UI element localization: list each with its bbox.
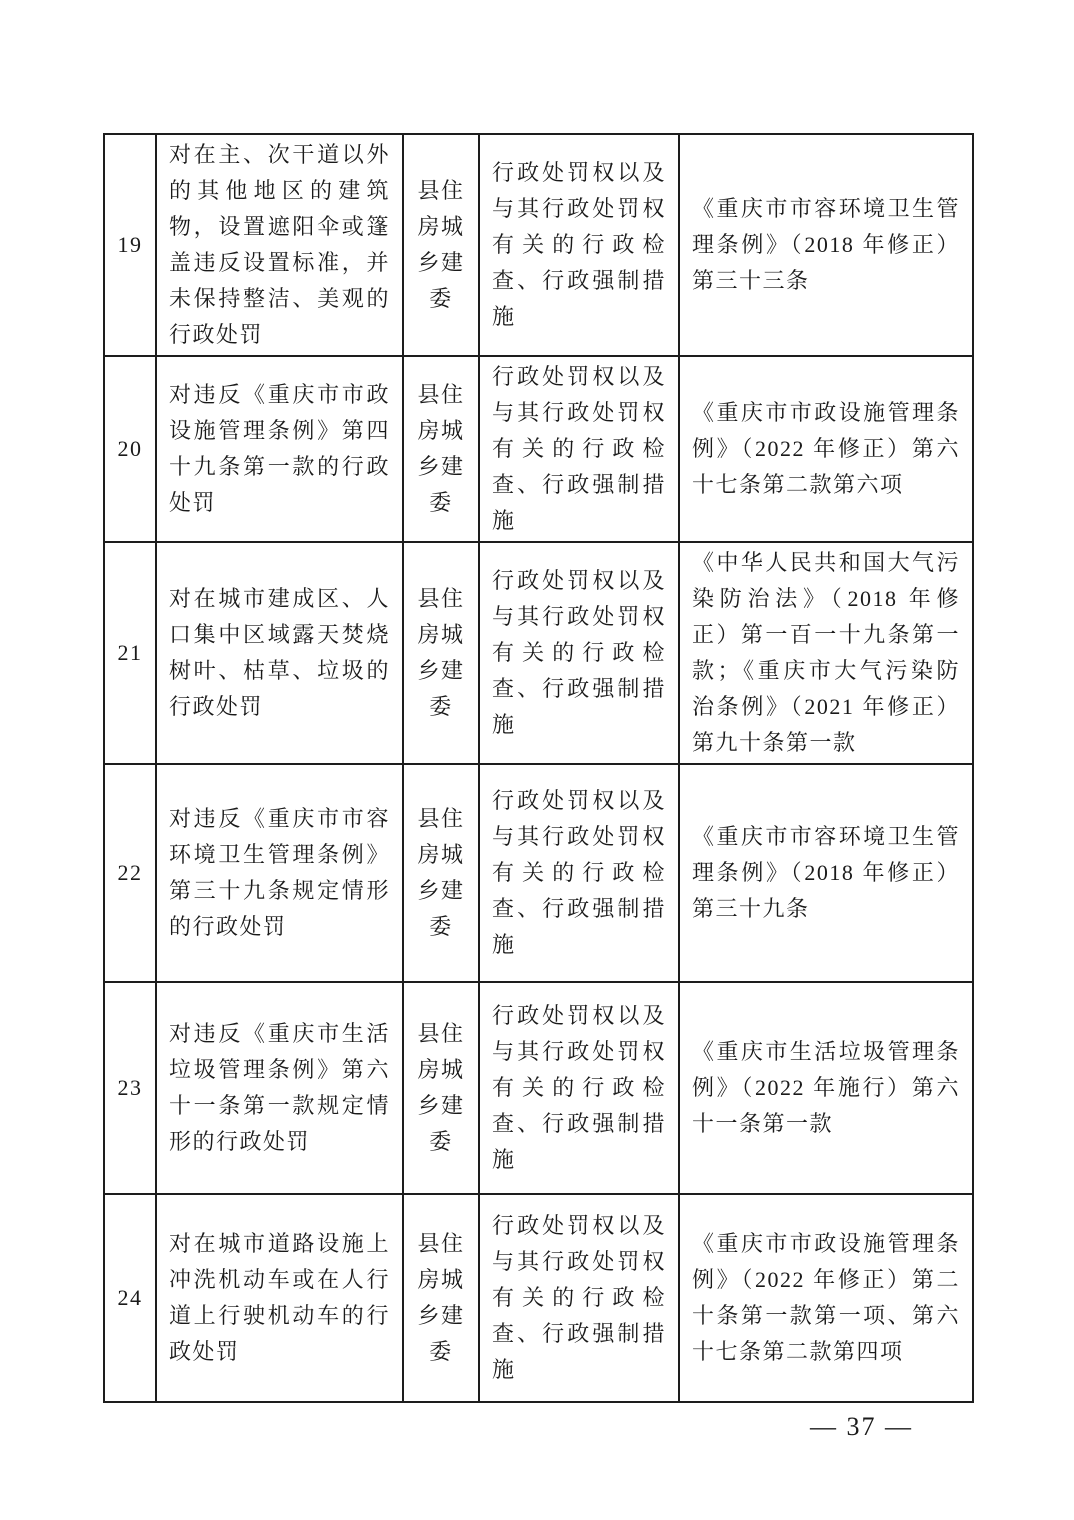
powers-cell: 行政处罚权以及与其行政处罚权有关的行政检查、行政强制措施 <box>479 542 679 764</box>
department-cell: 县住房城乡建委 <box>403 134 479 356</box>
table-row: 19 对在主、次干道以外的其他地区的建筑物，设置遮阳伞或篷盖违反设置标准，并未保… <box>104 134 973 356</box>
table-row: 23 对违反《重庆市生活垃圾管理条例》第六十一条第一款规定情形的行政处罚 县住房… <box>104 982 973 1194</box>
department-cell: 县住房城乡建委 <box>403 542 479 764</box>
department-cell: 县住房城乡建委 <box>403 1194 479 1402</box>
table-row: 22 对违反《重庆市市容环境卫生管理条例》第三十九条规定情形的行政处罚 县住房城… <box>104 764 973 982</box>
department-cell: 县住房城乡建委 <box>403 982 479 1194</box>
department-text: 县住房城乡建委 <box>416 1016 466 1160</box>
row-number-cell: 23 <box>104 982 156 1194</box>
row-number-cell: 22 <box>104 764 156 982</box>
powers-cell: 行政处罚权以及与其行政处罚权有关的行政检查、行政强制措施 <box>479 1194 679 1402</box>
penalty-item-cell: 对在主、次干道以外的其他地区的建筑物，设置遮阳伞或篷盖违反设置标准，并未保持整洁… <box>156 134 403 356</box>
department-text: 县住房城乡建委 <box>416 377 466 521</box>
department-text: 县住房城乡建委 <box>416 581 466 725</box>
penalty-items-table: 19 对在主、次干道以外的其他地区的建筑物，设置遮阳伞或篷盖违反设置标准，并未保… <box>103 133 974 1403</box>
penalty-item-cell: 对在城市道路设施上冲洗机动车或在人行道上行驶机动车的行政处罚 <box>156 1194 403 1402</box>
powers-cell: 行政处罚权以及与其行政处罚权有关的行政检查、行政强制措施 <box>479 764 679 982</box>
row-number-cell: 24 <box>104 1194 156 1402</box>
penalty-item-cell: 对在城市建成区、人口集中区域露天焚烧树叶、枯草、垃圾的行政处罚 <box>156 542 403 764</box>
department-text: 县住房城乡建委 <box>416 1226 466 1370</box>
powers-cell: 行政处罚权以及与其行政处罚权有关的行政检查、行政强制措施 <box>479 134 679 356</box>
legal-basis-cell: 《重庆市市容环境卫生管理条例》（2018 年修正）第三十九条 <box>679 764 973 982</box>
table-row: 20 对违反《重庆市市政设施管理条例》第四十九条第一款的行政处罚 县住房城乡建委… <box>104 356 973 542</box>
row-number-cell: 21 <box>104 542 156 764</box>
department-text: 县住房城乡建委 <box>416 173 466 317</box>
document-page: 19 对在主、次干道以外的其他地区的建筑物，设置遮阳伞或篷盖违反设置标准，并未保… <box>0 0 1074 1520</box>
table-row: 21 对在城市建成区、人口集中区域露天焚烧树叶、枯草、垃圾的行政处罚 县住房城乡… <box>104 542 973 764</box>
powers-cell: 行政处罚权以及与其行政处罚权有关的行政检查、行政强制措施 <box>479 356 679 542</box>
department-cell: 县住房城乡建委 <box>403 764 479 982</box>
legal-basis-cell: 《重庆市生活垃圾管理条例》（2022 年施行）第六十一条第一款 <box>679 982 973 1194</box>
penalty-item-cell: 对违反《重庆市生活垃圾管理条例》第六十一条第一款规定情形的行政处罚 <box>156 982 403 1194</box>
legal-basis-cell: 《重庆市市政设施管理条例》（2022 年修正）第六十七条第二款第六项 <box>679 356 973 542</box>
penalty-item-cell: 对违反《重庆市市政设施管理条例》第四十九条第一款的行政处罚 <box>156 356 403 542</box>
page-number: — 37 — <box>810 1412 913 1442</box>
penalty-item-cell: 对违反《重庆市市容环境卫生管理条例》第三十九条规定情形的行政处罚 <box>156 764 403 982</box>
legal-basis-cell: 《中华人民共和国大气污染防治法》（2018 年修正）第一百一十九条第一款；《重庆… <box>679 542 973 764</box>
department-text: 县住房城乡建委 <box>416 801 466 945</box>
legal-basis-cell: 《重庆市市容环境卫生管理条例》（2018 年修正）第三十三条 <box>679 134 973 356</box>
powers-cell: 行政处罚权以及与其行政处罚权有关的行政检查、行政强制措施 <box>479 982 679 1194</box>
table-row: 24 对在城市道路设施上冲洗机动车或在人行道上行驶机动车的行政处罚 县住房城乡建… <box>104 1194 973 1402</box>
row-number-cell: 19 <box>104 134 156 356</box>
row-number-cell: 20 <box>104 356 156 542</box>
legal-basis-cell: 《重庆市市政设施管理条例》（2022 年修正）第二十条第一款第一项、第六十七条第… <box>679 1194 973 1402</box>
department-cell: 县住房城乡建委 <box>403 356 479 542</box>
